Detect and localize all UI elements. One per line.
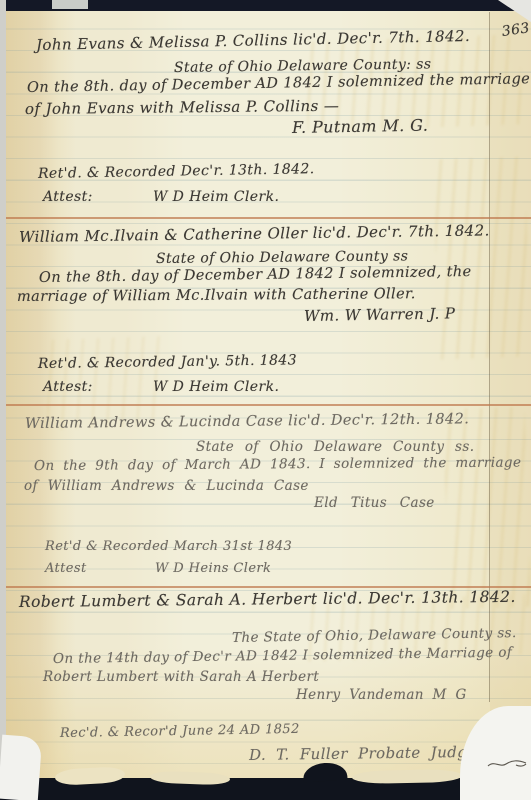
record2-state-line: State of Ohio Delaware County ss <box>156 248 408 267</box>
record4-body-line2: Robert Lumbert with Sarah A Herbert <box>43 669 319 685</box>
entry-separator-rule <box>6 404 531 406</box>
record1-attest-label: Attest: <box>43 189 93 205</box>
record2-minister-signature: Wm. W Warren J. P <box>304 304 456 325</box>
record2-attest-label: Attest: <box>43 379 93 395</box>
pen-squiggle-mark <box>486 752 528 772</box>
record3-minister-signature: Eld Titus Case <box>314 495 435 511</box>
record4-judge-signature: D. T. Fuller Probate Judge. <box>249 743 482 764</box>
record1-clerk-signature: W D Heim Clerk. <box>153 189 279 205</box>
record2-return-line: Ret'd. & Recorded Jan'y. 5th. 1843 <box>38 352 297 372</box>
record2-body-line1: On the 8th. day of December AD 1842 I so… <box>39 264 472 286</box>
entry-separator-rule <box>6 217 531 219</box>
document-page: 363 John Evans & Melissa P. Collins lic'… <box>6 8 531 780</box>
record3-body-line2: of William Andrews & Lucinda Case <box>24 478 309 494</box>
record1-body-line2: of John Evans with Melissa P. Collins — <box>25 97 339 118</box>
record3-clerk-signature: W D Heins Clerk <box>155 561 271 576</box>
record3-attest-label: Attest <box>45 561 87 576</box>
record2-clerk-signature: W D Heim Clerk. <box>153 379 279 395</box>
scan-backing-bottom-left <box>0 735 42 800</box>
record1-minister-signature: F. Putnam M. G. <box>292 116 429 137</box>
page-fold-shade <box>490 8 531 780</box>
record3-state-line: State of Ohio Delaware County ss. <box>196 439 474 455</box>
record2-body-line2: marriage of William Mc.Ilvain with Cathe… <box>17 286 416 305</box>
scanned-ledger-screenshot: 363 John Evans & Melissa P. Collins lic'… <box>0 0 531 800</box>
scan-edge-gap <box>52 0 88 9</box>
record4-minister-signature: Henry Vandeman M G <box>296 687 467 703</box>
record3-header: William Andrews & Lucinda Case lic'd. De… <box>25 411 469 432</box>
record3-return-line: Ret'd & Recorded March 31st 1843 <box>45 539 292 554</box>
record1-return-line: Ret'd. & Recorded Dec'r. 13th. 1842. <box>38 161 315 182</box>
record3-body-line1: On the 9th day of March AD 1843. I solem… <box>34 455 521 474</box>
record2-header: William Mc.Ilvain & Catherine Oller lic'… <box>19 221 490 246</box>
